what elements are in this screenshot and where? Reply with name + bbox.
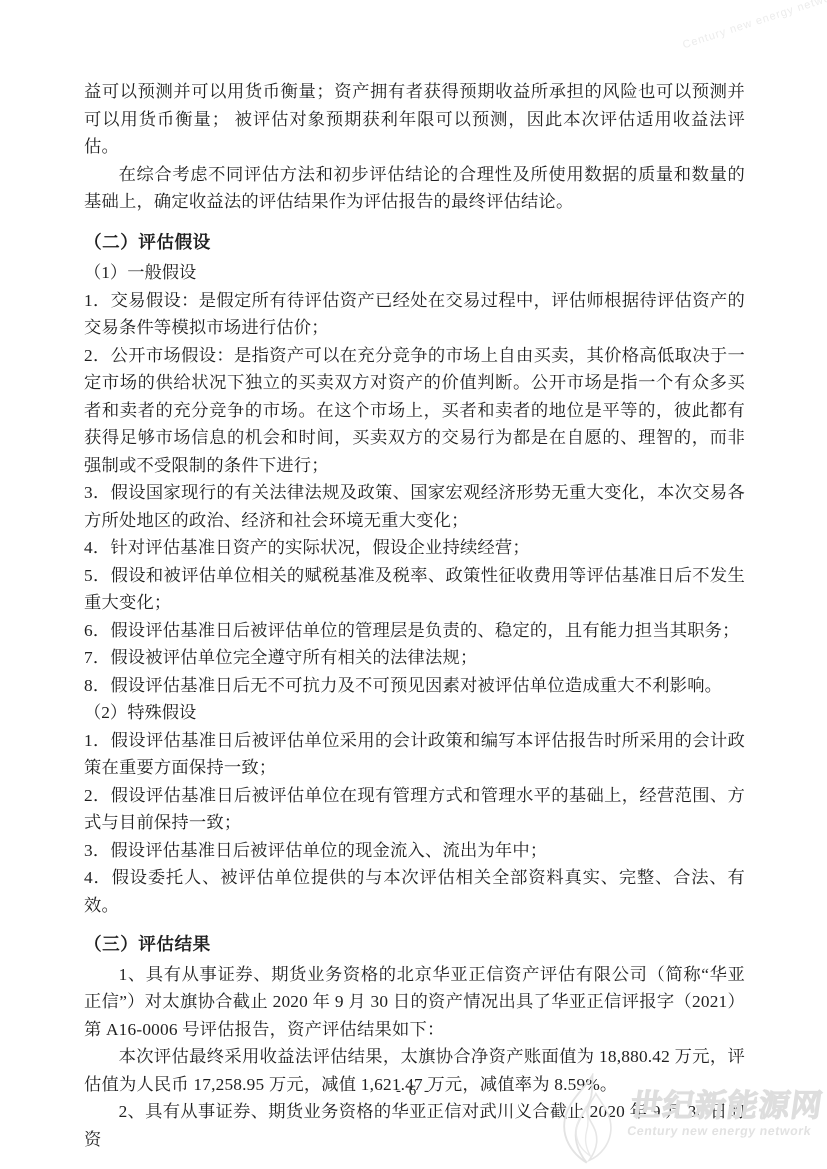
document-page: Century new energy network 益可以预测并可以用货币衡量… xyxy=(0,0,827,1169)
assumption-item: 2．假设评估基准日后被评估单位在现有管理方式和管理水平的基础上，经营范围、方式与… xyxy=(84,782,745,837)
assumption-item: 3．假设评估基准日后被评估单位的现金流入、流出为年中； xyxy=(84,837,745,865)
assumption-item: 1．交易假设：是假定所有待评估资产已经处在交易过程中，评估师根据待评估资产的交易… xyxy=(84,287,745,342)
document-content: 益可以预测并可以用货币衡量；资产拥有者获得预期收益所承担的风险也可以预测并可以用… xyxy=(84,78,745,1153)
assumption-item: 1．假设评估基准日后被评估单位采用的会计政策和编写本评估报告时所采用的会计政策在… xyxy=(84,727,745,782)
assumption-item: 4．针对评估基准日资产的实际状况，假设企业持续经营； xyxy=(84,534,745,562)
paragraph: 在综合考虑不同评估方法和初步评估结论的合理性及所使用数据的质量和数量的基础上，确… xyxy=(84,161,745,216)
subsection-heading-general: （1）一般假设 xyxy=(84,259,745,287)
subsection-heading-special: （2）特殊假设 xyxy=(84,699,745,727)
section-heading-results: （三）评估结果 xyxy=(84,931,745,959)
assumption-item: 8．假设评估基准日后无不可抗力及不可预见因素对被评估单位造成重大不利影响。 xyxy=(84,672,745,700)
assumption-item: 3．假设国家现行的有关法律法规及政策、国家宏观经济形势无重大变化，本次交易各方所… xyxy=(84,479,745,534)
section-heading-assumptions: （二）评估假设 xyxy=(84,229,745,257)
page-number: - 6 - xyxy=(0,1083,827,1100)
assumption-item: 5．假设和被评估单位相关的赋税基准及税率、政策性征收费用等评估基准日后不发生重大… xyxy=(84,562,745,617)
corner-watermark: Century new energy network xyxy=(681,0,827,51)
result-paragraph: 2、具有从事证券、期货业务资格的华亚正信对武川义合截止 2020 年 9 月 3… xyxy=(84,1098,745,1153)
result-paragraph: 1、具有从事证券、期货业务资格的北京华亚正信资产评估有限公司（简称“华亚正信”）… xyxy=(84,961,745,1044)
assumption-item: 7．假设被评估单位完全遵守所有相关的法律法规； xyxy=(84,644,745,672)
paragraph: 益可以预测并可以用货币衡量；资产拥有者获得预期收益所承担的风险也可以预测并可以用… xyxy=(84,78,745,161)
assumption-item: 6．假设评估基准日后被评估单位的管理层是负责的、稳定的，且有能力担当其职务； xyxy=(84,617,745,645)
assumption-item: 2．公开市场假设：是指资产可以在充分竞争的市场上自由买卖，其价格高低取决于一定市… xyxy=(84,342,745,480)
assumption-item: 4．假设委托人、被评估单位提供的与本次评估相关全部资料真实、完整、合法、有效。 xyxy=(84,864,745,919)
